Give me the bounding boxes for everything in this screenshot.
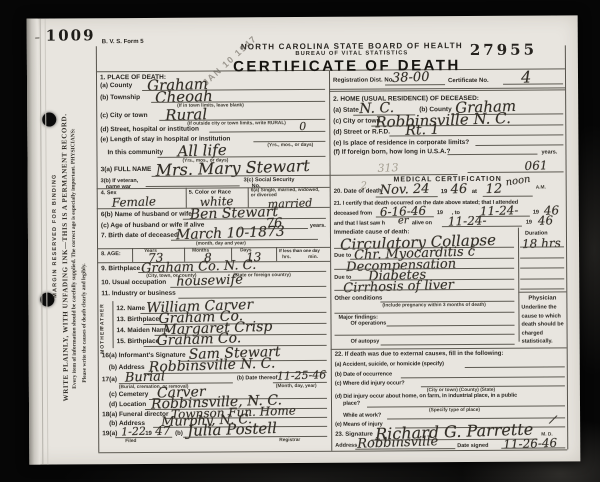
page-number-stamp: 1009 [46,27,96,45]
operations-label: Of operations [350,320,386,327]
date-signed-value: 11-26-46 [503,436,557,452]
rule [334,312,514,314]
burial-location-label: (d) Location [109,401,146,409]
home-state-label: (a) State [333,107,359,115]
due-to-value-2b: Cirrhosis of liver [343,278,454,297]
rule [335,334,515,336]
rule [503,83,563,84]
death-year-value: 46 [450,182,467,198]
full-name-label: 3(a) FULL NAME [101,166,152,174]
age-label: 8. AGE: [101,251,121,257]
death-ampm-label: A.M. [536,186,546,192]
autopsy-label: Of autopsy [351,339,380,345]
mother-side-label: MOTHER [100,326,106,354]
other-conditions-note: (Include pregnancy within 3 months of de… [382,303,485,309]
at-work-label: While at work? [343,413,381,420]
accident-label: (a) Accident, suicide, or homicide (spec… [335,361,444,368]
margin-note-every-item: Every item of information should be care… [70,128,78,388]
saw-her-hw: er [398,215,409,226]
stay-note: (Yrs., mos., or days) [267,143,313,149]
birthdate-label: 7. Birth date of deceased [101,232,178,240]
spouse-age-suffix: years. [310,223,326,229]
death-time-note: noon [505,174,531,189]
injury-place-note: (Specify type of place) [429,408,480,414]
rule [329,89,565,91]
birthplace-label: 9. Birthplace [101,265,140,273]
sex-value: Female [112,194,157,209]
township-label: (b) Township [100,94,140,102]
rule [389,134,563,136]
margin-note-please-write: Please write the causes of death clearly… [81,263,88,382]
other-conditions-label: Other conditions [334,296,382,303]
page-edge-crease [40,19,44,465]
age-min-label: min. [308,255,318,261]
rule [468,171,564,173]
physician-box-title: Physician [528,295,556,302]
city-label: (c) City or town [100,112,147,120]
physician-box-text: Underline the cause to which death shoul… [521,303,566,346]
pencil-annotation: 313 [377,161,398,175]
rule [518,291,566,292]
filed-note: Filed [125,439,136,445]
grid-divider [186,188,187,208]
foreign-born-label: (f) If foreign born, how long in U.S.A.? [333,148,450,156]
rule [520,278,564,279]
county-label: (a) County [100,82,132,90]
physician-addr-label: Address [335,443,357,449]
rule [401,376,565,378]
margin-note-write-plainly: WRITE PLAINLY, WITH UNFADING INK—THIS IS… [60,113,70,401]
occupation-label: 10. Usual occupation [101,279,166,287]
rule [520,288,564,289]
rule [387,325,515,327]
home-city-value: Robbinsville N. C. [375,109,511,131]
where-label: (c) Where did injury occur? [335,380,405,387]
rule [447,154,537,156]
certify-line-3a: and that I last saw h [334,221,385,228]
certify-line-2a: deceased from [334,211,372,218]
spouse-label: 6(b) Name of husband or wife [101,211,192,219]
birthdate-note: (month, day and year) [196,241,246,247]
burial-date-label: (b) Date thereof [237,375,278,382]
certify-year-prefix-1: 19 [437,210,443,216]
form-border-right [565,45,568,449]
death-date-label: 20. Date of death [334,189,382,196]
burial-date-value: 11-25-46 [277,368,327,383]
certify-line-3b: alive on [412,220,432,227]
filed-b-label: (b) [175,431,183,438]
page-edge-crease [45,19,49,465]
age-less-label: If less than one day [279,248,320,253]
grid-divider [132,248,133,262]
rule [376,196,438,197]
burial-date-note: (Month, day, year) [276,384,317,390]
rule [520,257,564,258]
death-time-value: 12 [485,182,502,198]
death-year-prefix: 19 [441,189,448,196]
injury-place-label: (d) Did injury occur about home, on farm… [335,393,517,401]
rule [385,84,445,85]
rule [483,196,533,197]
duration-value: 18 hrs [522,236,561,251]
occurrence-label: (b) Date of occurrence [335,371,392,378]
funeral-director-label: 18(a) Funeral director [102,411,169,419]
rule [170,286,326,288]
father-side-label: FATHER [99,303,105,329]
external-causes-label: 22. If death was due to external causes,… [335,351,504,359]
date-signed-label: Date signed [457,443,488,450]
home-city-label: (c) City or town [333,118,380,126]
duration-divider [518,228,520,342]
rule [253,141,325,142]
cemetery-label: (c) Cemetery [109,391,148,399]
corporate-limits-label: (e) Is place of residence in corporate l… [333,139,469,147]
rule [387,417,565,419]
injury-place-label-2: place? [343,401,360,408]
rule [273,382,327,383]
margin-note-binding: MARGIN RESERVED FOR BINDING [52,174,59,298]
community-label: In this community [107,149,163,157]
death-at-label: at [472,189,477,196]
home-street-label: (d) Street or R.F.D. [333,128,390,136]
street-label: (d) Street, hospital or institution [100,126,199,134]
stray-ink-mark: / [549,412,557,427]
due-to-label-1: Due to [334,253,351,259]
father-name-label: 12. Name [116,305,145,313]
father-birthplace-label: 13. Birthplace [116,316,159,324]
certificate-page: – 1009 MARGIN RESERVED FOR BINDING WRITE… [27,15,581,464]
rule [115,437,172,438]
foreign-born-suffix: years. [541,149,557,155]
city-note: (If outside city or town limits, write R… [187,121,286,127]
mother-birthplace-label: 15. Birthplace [117,338,160,346]
burial-num-label: 17(a) [102,376,117,384]
rule [475,144,563,146]
rule [381,344,515,346]
parents-divider [112,301,113,348]
rule [520,267,564,268]
age-hrs-label: hrs. [282,255,291,261]
serial-number: 27955 [470,42,537,60]
registrar-note: Registrar [279,438,300,444]
cert-no-label: Certificate No. [448,78,489,85]
form-border-bottom [98,449,567,453]
rule [209,131,325,133]
certify-year-prefix-3: 19 [526,220,532,226]
form-number: B. V. S. Form 5 [102,39,144,46]
last-saw-year: 46 [538,213,554,227]
rule [331,347,567,349]
scanner-background: – 1009 MARGIN RESERVED FOR BINDING WRITE… [0,0,600,482]
industry-label: 11. Industry or business [101,290,175,298]
grid-divider [276,247,277,261]
rule [465,366,565,368]
